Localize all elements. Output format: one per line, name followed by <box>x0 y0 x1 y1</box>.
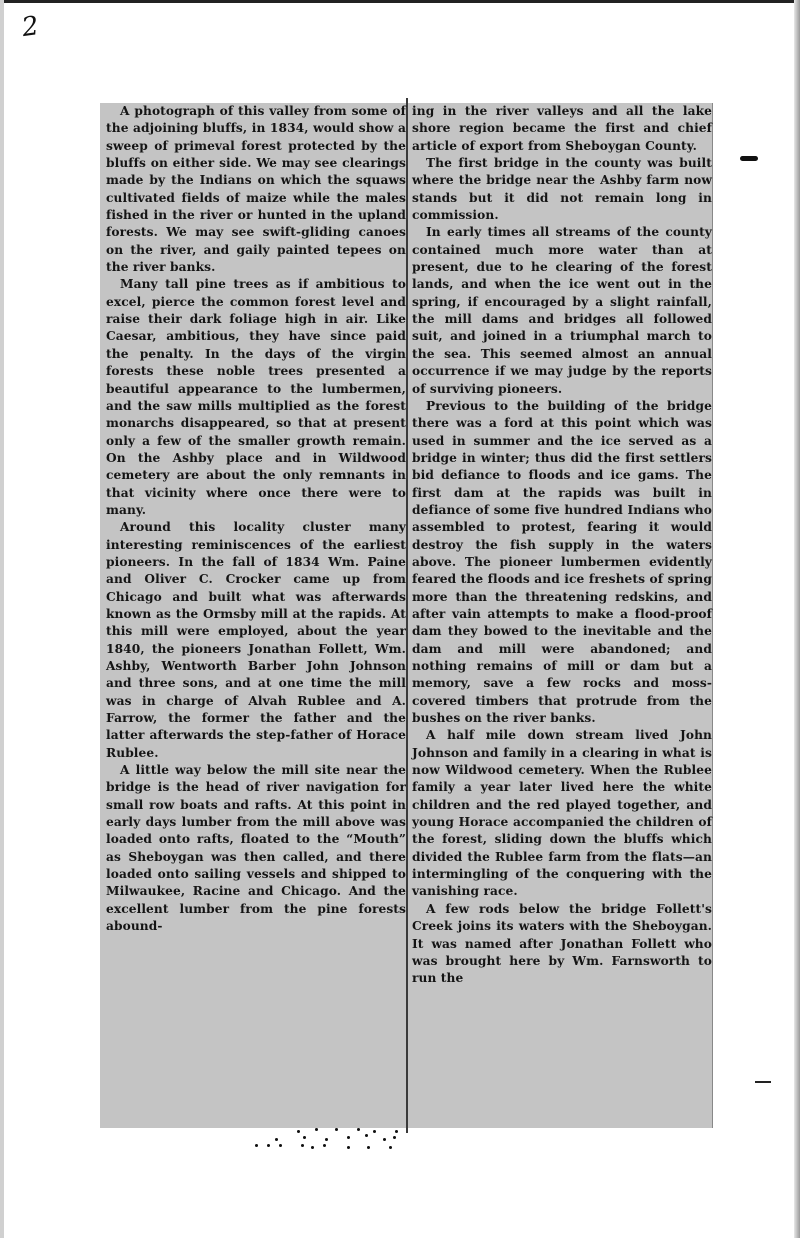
paragraph-johnson-family: A half mile down stream lived John Johns… <box>412 727 712 900</box>
handwritten-page-number: 2 <box>20 11 41 43</box>
paragraph-pioneer-reminiscences: Around this locality cluster many intere… <box>106 519 406 762</box>
margin-pencil-mark <box>755 1081 771 1083</box>
scan-left-edge <box>0 0 4 1238</box>
scan-right-edge <box>794 0 800 1238</box>
column-divider <box>406 98 408 1133</box>
paragraph-river-navigation: A little way below the mill site near th… <box>106 762 406 935</box>
scan-top-edge <box>0 0 800 3</box>
paragraph-valley-photograph: A photograph of this valley from some of… <box>106 103 406 276</box>
clipping-right-border <box>712 103 713 1128</box>
article-right-column: ing in the river valleys and all the lak… <box>412 103 712 988</box>
article-left-column: A photograph of this valley from some of… <box>106 103 406 936</box>
paragraph-lumber-export: ing in the river valleys and all the lak… <box>412 103 712 155</box>
paragraph-folletts-creek: A few rods below the bridge Follett's Cr… <box>412 901 712 988</box>
paragraph-early-streams: In early times all streams of the county… <box>412 224 712 397</box>
paragraph-first-bridge: The first bridge in the county was built… <box>412 155 712 224</box>
perforation-dots <box>255 1128 405 1153</box>
margin-ink-mark <box>740 156 758 161</box>
paragraph-ford-and-dam: Previous to the building of the bridge t… <box>412 398 712 728</box>
paragraph-pine-trees: Many tall pine trees as if ambitious to … <box>106 276 406 519</box>
